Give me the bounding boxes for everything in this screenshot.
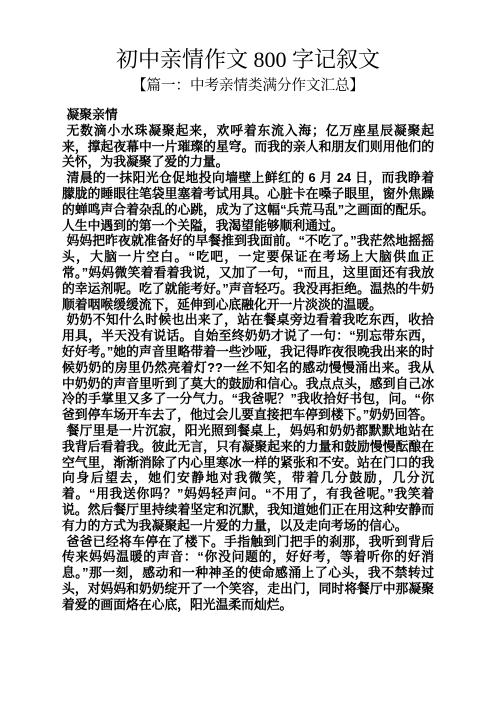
document-subtitle: 【篇一：中考亲情类满分作文汇总】 — [0, 76, 496, 96]
document-title: 初中亲情作文 800 字记叙文 — [0, 46, 496, 74]
paragraph: 奶奶不知什么时候也出来了，站在餐桌旁边看着我吃东西，收拾用具，半天没有说话。自始… — [62, 312, 434, 423]
paragraph: 妈妈把昨夜就准备好的早餐推到我面前。“不吃了。”我茫然地摇摇头，大脑一片空白。“… — [62, 233, 434, 312]
document-page: 初中亲情作文 800 字记叙文 【篇一：中考亲情类满分作文汇总】 凝聚亲情 无数… — [0, 0, 496, 702]
section-heading: 凝聚亲情 — [62, 107, 434, 123]
document-body: 凝聚亲情 无数滴小水珠凝聚起来，欢呼着东流入海；亿万座星辰凝聚起来，撑起夜幕中一… — [62, 107, 434, 613]
paragraph: 无数滴小水珠凝聚起来，欢呼着东流入海；亿万座星辰凝聚起来，撑起夜幕中一片璀璨的星… — [62, 123, 434, 170]
paragraph: 清晨的一抹阳光仓促地投向墙壁上鲜红的 6 月 24 日，而我睁着朦胧的睡眼往笔袋… — [62, 170, 434, 233]
paragraph: 餐厅里是一片沉寂，阳光照到餐桌上，妈妈和奶奶都默默地站在我背后看着我。彼此无言，… — [62, 423, 434, 534]
paragraph: 爸爸已经将车停在了楼下。手指触到门把手的刹那，我听到背后传来妈妈温暖的声音：“你… — [62, 534, 434, 613]
